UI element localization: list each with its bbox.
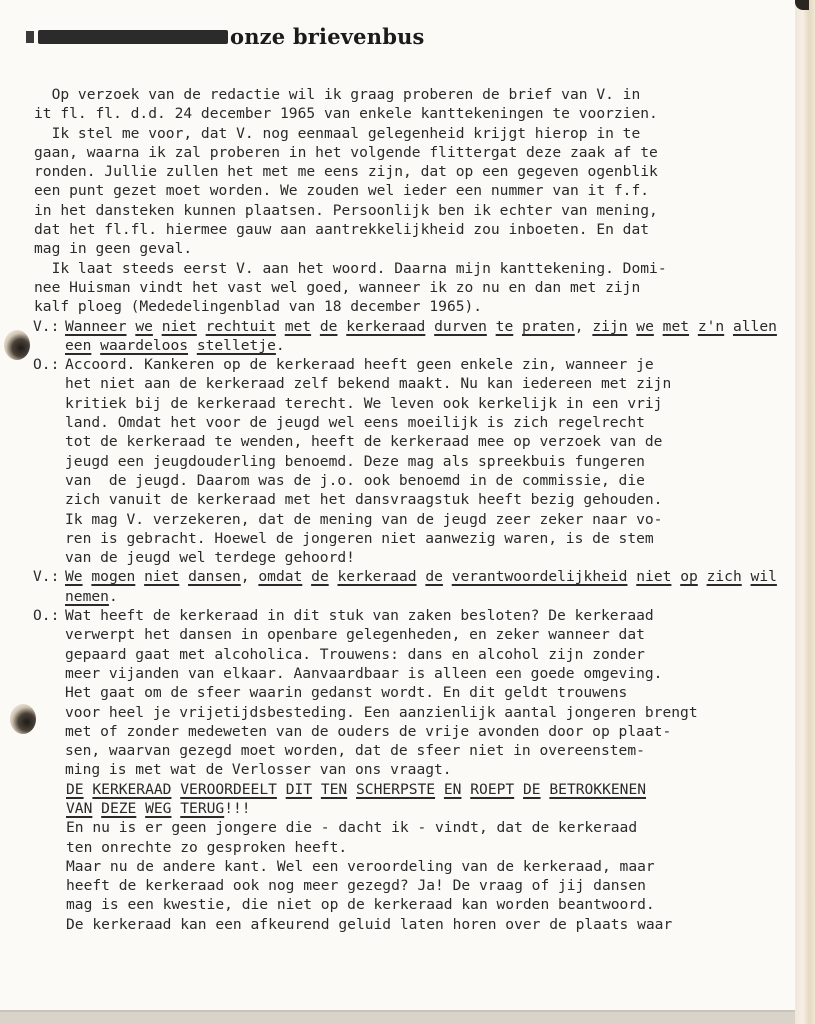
text-line: ronden. Jullie zullen het met me eens zi… bbox=[34, 162, 774, 181]
text-line: Het gaat om de sfeer waarin gedanst word… bbox=[65, 683, 774, 702]
text-line: voor heel je vrijetijdsbesteding. Een aa… bbox=[65, 703, 774, 722]
text-line: meer vijanden van elkaar. Aanvaardbaar i… bbox=[65, 664, 774, 683]
text-line: Ik mag V. verzekeren, dat de mening van … bbox=[65, 510, 774, 529]
speaker-text: We mogen niet dansen, omdat de kerkeraad… bbox=[65, 567, 777, 606]
letter-writer-quote: V.:We mogen niet dansen, omdat de kerker… bbox=[33, 567, 774, 606]
text-line: nee Huisman vindt het vast wel goed, wan… bbox=[34, 278, 774, 297]
text-line: tot de kerkeraad te wenden, heeft de ker… bbox=[65, 432, 774, 451]
text-line: Maar nu de andere kant. Wel een veroorde… bbox=[66, 857, 774, 876]
text-line: nemen. bbox=[65, 587, 777, 606]
redacted-mark bbox=[38, 30, 228, 44]
section-title: onze brievenbus bbox=[230, 24, 425, 49]
speaker-label: O.: bbox=[33, 606, 65, 780]
text-line: verwerpt het dansen in openbare gelegenh… bbox=[65, 625, 774, 644]
letter-writer-quote: V.:Wanneer we niet rechtuit met de kerke… bbox=[33, 317, 774, 356]
page-bottom-edge bbox=[0, 1012, 815, 1024]
speaker-text: Wat heeft de kerkeraad in dit stuk van z… bbox=[65, 606, 774, 780]
text-line: En nu is er geen jongere die - dacht ik … bbox=[66, 818, 774, 837]
letter-body: Op verzoek van de redactie wil ik graag … bbox=[34, 85, 774, 934]
binder-edge bbox=[795, 0, 815, 1024]
text-line: De kerkeraad kan een afkeurend geluid la… bbox=[66, 915, 774, 934]
text-line: een punt gezet moet worden. We zouden we… bbox=[34, 181, 774, 200]
closing-paragraphs: En nu is er geen jongere die - dacht ik … bbox=[66, 818, 774, 934]
speaker-text: Accoord. Kankeren op de kerkeraad heeft … bbox=[65, 355, 774, 567]
speaker-label: V.: bbox=[33, 567, 65, 606]
punch-hole bbox=[4, 330, 30, 360]
text-line: Op verzoek van de redactie wil ik graag … bbox=[34, 85, 774, 104]
text-line: gaan, waarna ik zal proberen in het volg… bbox=[34, 143, 774, 162]
text-line: dat het fl.fl. hiermee gauw aan aantrekk… bbox=[34, 220, 774, 239]
text-line: mag in geen geval. bbox=[34, 239, 774, 258]
text-line: kalf ploeg (Mededelingenblad van 18 dece… bbox=[34, 297, 774, 316]
text-line: Ik laat steeds eerst V. aan het woord. D… bbox=[34, 259, 774, 278]
reply-paragraph: O.:Accoord. Kankeren op de kerkeraad hee… bbox=[33, 355, 774, 567]
text-line: ren is gebracht. Hoewel de jongeren niet… bbox=[65, 529, 774, 548]
text-line: ten onrechte zo gesproken heeft. bbox=[66, 838, 774, 857]
text-line: Ik stel me voor, dat V. nog eenmaal gele… bbox=[34, 124, 774, 143]
speaker-label: V.: bbox=[33, 317, 65, 356]
emphasis-line: VAN DEZE WEG TERUG!!! bbox=[66, 799, 774, 818]
text-line: van de jeugd. Daarom was de j.o. ook ben… bbox=[65, 471, 774, 490]
text-line: kritiek bij de kerkeraad terecht. We lev… bbox=[65, 394, 774, 413]
text-line: land. Omdat het voor de jeugd wel eens m… bbox=[65, 413, 774, 432]
speaker-label: O.: bbox=[33, 355, 65, 567]
text-line: heeft de kerkeraad ook nog meer gezegd? … bbox=[66, 876, 774, 895]
dialog-section: V.:Wanneer we niet rechtuit met de kerke… bbox=[34, 317, 774, 780]
text-line: it fl. fl. d.d. 24 december 1965 van enk… bbox=[34, 104, 774, 123]
text-line: Accoord. Kankeren op de kerkeraad heeft … bbox=[65, 355, 774, 374]
text-line: in het dansteken kunnen plaatsen. Persoo… bbox=[34, 201, 774, 220]
text-line: Wanneer we niet rechtuit met de kerkeraa… bbox=[65, 317, 777, 336]
text-line: Wat heeft de kerkeraad in dit stuk van z… bbox=[65, 606, 774, 625]
text-line: jeugd een jeugdouderling benoemd. Deze m… bbox=[65, 452, 774, 471]
text-line: mag is een kwestie, die niet op de kerke… bbox=[66, 895, 774, 914]
text-line: sen, waarvan gezegd moet worden, dat de … bbox=[65, 741, 774, 760]
text-line: zich vanuit de kerkeraad met het dansvra… bbox=[65, 490, 774, 509]
emphasis-line: DE KERKERAAD VEROORDEELT DIT TEN SCHERPS… bbox=[66, 780, 774, 799]
text-line: gepaard gaat met alcoholica. Trouwens: d… bbox=[65, 645, 774, 664]
intro-paragraphs: Op verzoek van de redactie wil ik graag … bbox=[34, 85, 774, 317]
text-line: het niet aan de kerkeraad zelf bekend ma… bbox=[65, 374, 774, 393]
reply-paragraph: O.:Wat heeft de kerkeraad in dit stuk va… bbox=[33, 606, 774, 780]
speaker-text: Wanneer we niet rechtuit met de kerkeraa… bbox=[65, 317, 777, 356]
text-line: een waardeloos stelletje. bbox=[65, 336, 777, 355]
emphasis-statement: DE KERKERAAD VEROORDEELT DIT TEN SCHERPS… bbox=[66, 780, 774, 819]
text-line: van de jeugd wel terdege gehoord! bbox=[65, 548, 774, 567]
text-line: met of zonder medeweten van de ouders de… bbox=[65, 722, 774, 741]
section-header: onze brievenbus bbox=[38, 24, 425, 49]
text-line: ming is met wat de Verlosser van ons vra… bbox=[65, 760, 774, 779]
text-line: We mogen niet dansen, omdat de kerkeraad… bbox=[65, 567, 777, 586]
